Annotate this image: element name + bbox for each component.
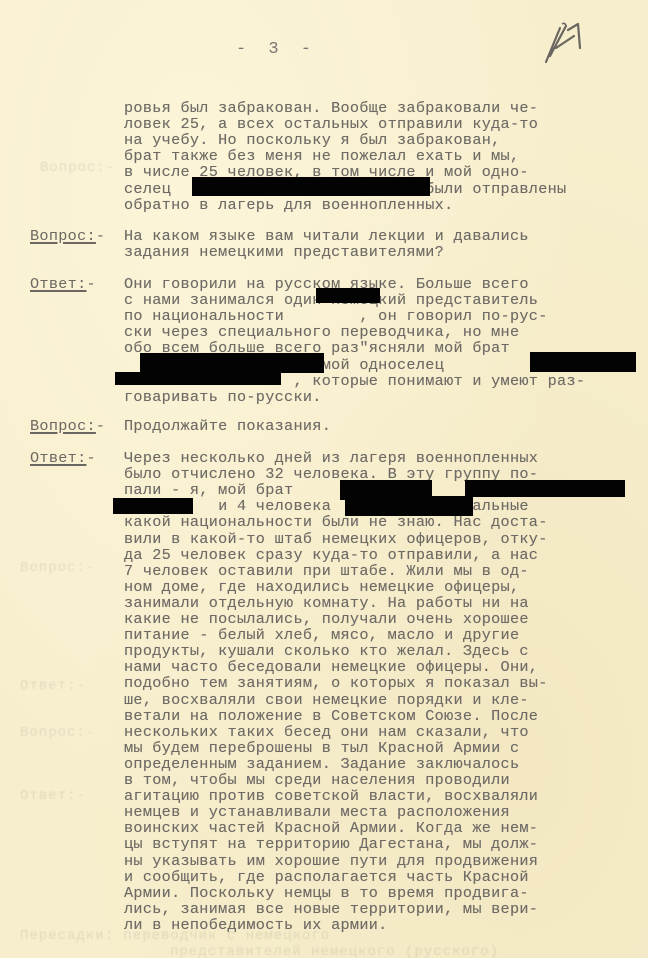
text-line: по национальности , он говорил по-рус-	[124, 308, 548, 324]
text-line: Продолжайте показания.	[124, 418, 331, 434]
redaction-bar	[113, 498, 193, 514]
text-line: Через несколько дней из лагеря военнопле…	[124, 450, 538, 466]
text-line: ловек 25, а всех остальных отправили куд…	[124, 116, 538, 132]
text-line: на учебу. Но поскольку я был забракован,	[124, 132, 501, 148]
redaction-bar	[115, 372, 281, 385]
text-line: ном доме, где находились немецкие офицер…	[124, 579, 519, 595]
text-line: 7 человек оставили при штабе. Жили мы в …	[124, 563, 529, 579]
text-line: говаривать по-русски.	[124, 389, 322, 405]
text-line: и сообщить, где располагается часть Крас…	[124, 869, 529, 885]
bleed-through-text: Ответ:-	[20, 678, 86, 694]
text-line: мы будем переброшены в тыл Красной Армии…	[124, 740, 519, 756]
redaction-bar	[192, 177, 430, 196]
redaction-bar	[345, 496, 473, 516]
text-line: ше, восхваляли свои немецкие порядки и к…	[124, 692, 529, 708]
redaction-bar	[530, 352, 636, 372]
text-line: питание - белый хлеб, мясо, масло и друг…	[124, 627, 519, 643]
signature-icon	[538, 22, 588, 66]
text-line: ны указывать им хорошие пути для продвиж…	[124, 853, 538, 869]
text-line: Армии. Поскольку немцы в то время продви…	[124, 885, 529, 901]
text-line: задания немецкими представителями?	[124, 244, 444, 260]
text-line: воинских частей Красной Армии. Когда же …	[124, 820, 538, 836]
question-label: Вопрос:-	[30, 228, 105, 244]
text-line: ветали на положение в Советском Союзе. П…	[124, 708, 538, 724]
text-line: нескольких таких бесед они нам сказали, …	[124, 724, 529, 740]
text-line: ски через специального переводчика, но м…	[124, 324, 519, 340]
text-line: брат также без меня не пожелал ехать и м…	[124, 148, 519, 164]
text-line: продукты, кушали сколько кто желал. Здес…	[124, 643, 529, 659]
text-line: в том, чтобы мы среди населения проводил…	[124, 772, 510, 788]
redaction-bar	[465, 480, 625, 497]
text-line: занимали отдельную комнату. На работы ни…	[124, 595, 529, 611]
text-line: агитацию против советской власти, восхва…	[124, 788, 538, 804]
bleed-through-text: Вопрос:-	[20, 560, 95, 576]
text-line: да 25 человек сразу куда-то отправили, а…	[124, 547, 538, 563]
text-line: какой национальности были не знаю. Нас д…	[124, 514, 548, 530]
bleed-through-text: Ответ:-	[20, 788, 86, 804]
bleed-through-text: представителей немецкого (русского)	[170, 944, 499, 958]
text-line: обратно в лагерь для военнопленных.	[124, 197, 454, 213]
bleed-through-text: Вопрос:-	[20, 725, 95, 741]
document-page: Вопрос:- Вопрос:- Ответ:- Вопрос:- Ответ…	[0, 0, 648, 958]
text-line: нами часто беседовали немецкие офицеры. …	[124, 659, 538, 675]
text-line: ровья был забракован. Вообще забраковали…	[124, 100, 538, 116]
redaction-bar	[140, 353, 324, 373]
text-line: вили в какой-то штаб немецких офицеров, …	[124, 531, 548, 547]
text-line: подобно тем занятиям, о которых я показа…	[124, 675, 548, 691]
text-line: ли в непобедимость их армии.	[124, 917, 388, 933]
text-line: цы вступят на территорию Дагестана, мы д…	[124, 836, 538, 852]
answer-label: Ответ:-	[30, 276, 96, 292]
question-label: Вопрос:-	[30, 418, 105, 434]
text-line: определенным заданием. Задание заключало…	[124, 756, 519, 772]
bleed-through-text: Вопрос:-	[40, 160, 115, 176]
text-line: На каком языке вам читали лекции и давал…	[124, 228, 529, 244]
page-number: - 3 -	[236, 40, 317, 59]
text-line: немцев и устанавливали места расположени…	[124, 804, 510, 820]
text-line: лись, занимая все новые территории, мы в…	[124, 901, 538, 917]
answer-label: Ответ:-	[30, 450, 96, 466]
redaction-bar	[316, 288, 380, 303]
text-line: какие не посылались, получали очень хоро…	[124, 611, 529, 627]
